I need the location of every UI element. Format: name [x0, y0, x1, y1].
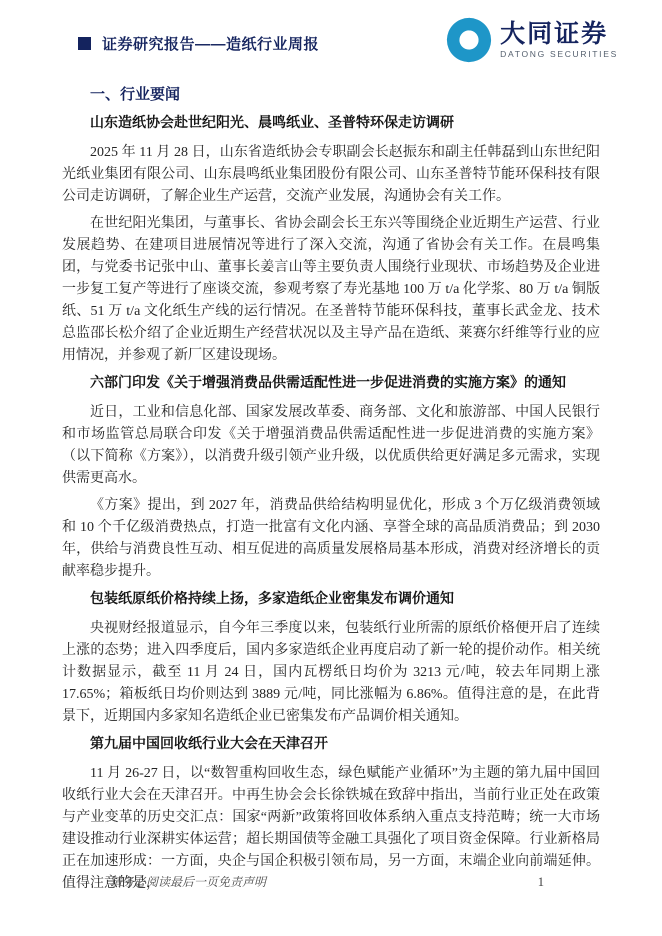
article-paragraph: 《方案》提出，到 2027 年，消费品供给结构明显优化，形成 3 个万亿级消费领…: [62, 495, 600, 583]
article-six-ministries-plan: 六部门印发《关于增强消费品供需适配性进一步促进消费的实施方案》的通知 近日，工业…: [62, 373, 600, 583]
article-packaging-paper-prices: 包装纸原纸价格持续上扬，多家造纸企业密集发布调价通知 央视财经报道显示，自今年三…: [62, 589, 600, 728]
article-recycled-paper-conference: 第九届中国回收纸行业大会在天津召开 11 月 26-27 日，以“数智重构回收生…: [62, 734, 600, 895]
section-title: 一、行业要闻: [90, 84, 600, 106]
article-heading: 第九届中国回收纸行业大会在天津召开: [90, 734, 600, 756]
company-logo-text: 大同证券 DATONG SECURITIES: [500, 22, 618, 59]
page-number: 1: [538, 875, 544, 890]
footer-disclaimer: 请务必阅读最后一页免责声明: [110, 873, 266, 890]
bullet-square-icon: [78, 37, 91, 50]
article-paragraph: 央视财经报道显示，自今年三季度以来，包装纸行业所需的原纸价格便开启了连续上涨的态…: [62, 618, 600, 728]
article-heading: 包装纸原纸价格持续上扬，多家造纸企业密集发布调价通知: [90, 589, 600, 611]
report-title: 证券研究报告——造纸行业周报: [102, 33, 319, 54]
datong-pinwheel-icon: [445, 16, 493, 64]
article-paragraph: 2025 年 11 月 28 日，山东省造纸协会专职副会长赵振东和副主任韩磊到山…: [62, 142, 600, 208]
company-logo: 大同证券 DATONG SECURITIES: [445, 16, 618, 64]
article-heading: 山东造纸协会赴世纪阳光、晨鸣纸业、圣普特环保走访调研: [90, 113, 600, 135]
report-title-block: 证券研究报告——造纸行业周报: [78, 33, 319, 54]
company-name-en: DATONG SECURITIES: [500, 50, 618, 59]
article-heading: 六部门印发《关于增强消费品供需适配性进一步促进消费的实施方案》的通知: [90, 373, 600, 395]
article-shandong-association: 山东造纸协会赴世纪阳光、晨鸣纸业、圣普特环保走访调研 2025 年 11 月 2…: [62, 113, 600, 367]
report-header: 证券研究报告——造纸行业周报 大同证券 DATONG SECURITIES: [0, 0, 662, 64]
report-body: 一、行业要闻 山东造纸协会赴世纪阳光、晨鸣纸业、圣普特环保走访调研 2025 年…: [0, 64, 662, 895]
report-page: 证券研究报告——造纸行业周报 大同证券 DATONG SECURITIES 一、…: [0, 0, 662, 936]
article-paragraph: 近日，工业和信息化部、国家发展改革委、商务部、文化和旅游部、中国人民银行和市场监…: [62, 402, 600, 490]
page-footer: 请务必阅读最后一页免责声明 1: [0, 873, 662, 890]
article-paragraph: 在世纪阳光集团，与董事长、省协会副会长王东兴等围绕企业近期生产运营、行业发展趋势…: [62, 213, 600, 367]
company-name: 大同证券: [500, 22, 618, 47]
